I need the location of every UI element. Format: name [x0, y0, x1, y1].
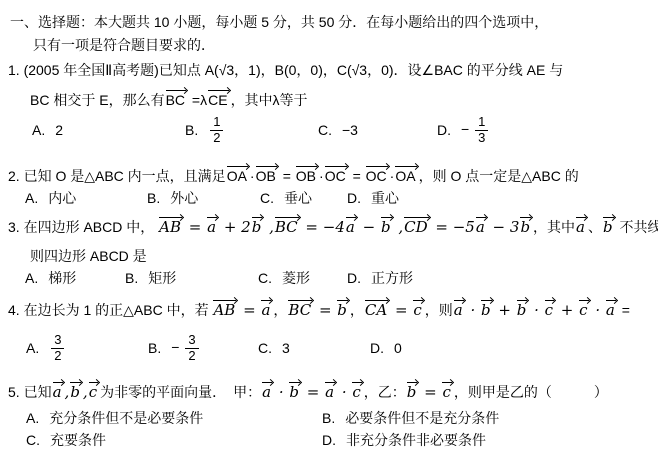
text-run: = −4: [301, 218, 345, 236]
vector-a: a: [260, 299, 273, 318]
option-label: D.: [370, 340, 384, 356]
vector-c: c: [544, 299, 556, 318]
text-run: ，则: [425, 302, 453, 318]
vector-a: a: [453, 299, 466, 318]
fraction-numerator: 1: [210, 115, 223, 131]
option-label: B.: [147, 190, 160, 206]
vector-OC: OC: [365, 165, 390, 183]
question-5-options-row-2: C.充要条件 D.非充分条件非必要条件: [0, 430, 658, 449]
text-run: ，: [350, 302, 364, 318]
text-run: =: [279, 168, 295, 184]
vector-b: b: [69, 381, 83, 400]
text-run: =: [302, 383, 324, 401]
text-run: =: [238, 301, 260, 319]
vector-CA: CA: [364, 299, 390, 318]
text-run: =: [618, 302, 630, 318]
question-2-options-row: A.内心 B.外心 C.垂心 D.重心: [0, 188, 658, 208]
vector-b: b: [251, 216, 265, 235]
question-2-option-c: C.垂心: [260, 188, 312, 208]
question-3-option-d: D.正方形: [347, 268, 413, 288]
text-run: 不共线，: [616, 219, 658, 235]
option-label: A.: [25, 190, 38, 206]
vector-a: a: [345, 216, 358, 235]
option-label: B.: [125, 270, 138, 286]
fraction-numerator: 1: [475, 115, 488, 131]
text-run: =: [390, 301, 412, 319]
vector-OA: OA: [226, 165, 250, 183]
question-4-options-row: A.32 B.− 32 C.3 D.0: [0, 330, 658, 370]
vector-c: c: [412, 299, 424, 318]
vector-a: a: [261, 381, 274, 400]
question-2-option-d: D.重心: [347, 188, 399, 208]
text-run: ，其中λ等于: [231, 92, 308, 108]
vector-BC: BC: [287, 299, 314, 318]
text-run: 正方形: [371, 270, 413, 286]
text-run: 则四边形 ABCD 是: [30, 248, 147, 264]
question-5-option-b: B.必要条件但不是充分条件: [322, 408, 499, 428]
vector-a: a: [575, 216, 588, 235]
vector-OB: OB: [255, 165, 279, 183]
question-4-option-b: B.− 32: [148, 330, 201, 366]
option-content: 内心: [48, 188, 76, 208]
fraction-numerator: 3: [185, 333, 198, 349]
text-run: 垂心: [284, 190, 312, 206]
option-content: 矩形: [148, 268, 176, 288]
vector-b: b: [380, 216, 394, 235]
text-run: BC 相交于 E，那么有: [30, 92, 165, 108]
text-run: ·: [529, 301, 543, 319]
option-content: 3: [282, 340, 290, 356]
option-content: 充要条件: [50, 430, 106, 449]
option-content: 0: [394, 340, 402, 356]
vector-b: b: [336, 299, 350, 318]
option-label: C.: [258, 340, 272, 356]
fraction-denominator: 3: [475, 131, 488, 146]
text-run: 必要条件但不是充分条件: [345, 410, 499, 426]
question-5-stem-line-1: 5. 已知a,b,c为非零的平面向量． 甲：a · b = a · c，乙：b …: [8, 381, 608, 402]
option-content: 12: [208, 115, 225, 146]
text-run: ·: [591, 301, 605, 319]
option-content: − 32: [171, 333, 200, 364]
text-run: 梯形: [48, 270, 76, 286]
text-run: 、: [588, 219, 602, 235]
option-label: A.: [26, 410, 39, 426]
question-2-option-a: A.内心: [25, 188, 76, 208]
option-label: A.: [26, 340, 39, 356]
question-3-option-c: C.菱形: [258, 268, 310, 288]
question-2-option-b: B.外心: [147, 188, 198, 208]
fraction: 13: [475, 115, 488, 146]
text-run: =: [349, 168, 365, 184]
text-run: ，: [273, 302, 287, 318]
text-run: 外心: [170, 190, 198, 206]
question-1-stem-line-2: BC 相交于 E，那么有BC =λCE，其中λ等于: [30, 89, 308, 110]
option-label: B.: [148, 340, 161, 356]
option-content: 非充分条件非必要条件: [346, 430, 486, 449]
option-label: B.: [185, 122, 198, 138]
question-1-option-b: B.12: [185, 112, 225, 148]
fraction: 32: [185, 333, 198, 364]
vector-AB: AB: [158, 216, 184, 235]
text-run: 内心: [48, 190, 76, 206]
vector-c: c: [88, 381, 100, 400]
fraction-denominator: 2: [185, 349, 198, 364]
option-label: B.: [322, 410, 335, 426]
text-run: 4. 在边长为 1 的正△ABC 中，若: [8, 302, 212, 318]
question-5-option-a: A.充分条件但不是必要条件: [26, 408, 203, 428]
question-4-option-c: C.3: [258, 330, 290, 366]
text-run: =λ: [188, 92, 207, 108]
vector-CD: CD: [403, 216, 431, 235]
question-3-option-a: A.梯形: [25, 268, 76, 288]
text-run: ·: [274, 383, 288, 401]
vector-OC: OC: [324, 165, 349, 183]
question-3-stem-line-1: 3. 在四边形 ABCD 中， AB = a + 2b ,BC = −4a − …: [8, 216, 658, 237]
text-run: =: [419, 383, 441, 401]
text-run: 5. 已知: [8, 384, 52, 400]
vector-b: b: [516, 299, 530, 318]
text-run: −: [171, 339, 183, 355]
option-content: 必要条件但不是充分条件: [345, 408, 499, 428]
option-content: 2: [55, 122, 63, 138]
fraction-numerator: 3: [51, 333, 64, 349]
text-run: = −5: [431, 218, 475, 236]
vector-a: a: [324, 381, 337, 400]
vector-b: b: [480, 299, 494, 318]
option-label: C.: [258, 270, 272, 286]
text-run: 3. 在四边形 ABCD 中，: [8, 219, 158, 235]
option-content: − 13: [461, 115, 490, 146]
vector-a: a: [206, 216, 219, 235]
text-run: 为非零的平面向量． 甲：: [100, 384, 261, 400]
fraction-denominator: 2: [210, 131, 223, 146]
vector-b: b: [288, 381, 302, 400]
question-5-option-d: D.非充分条件非必要条件: [322, 430, 486, 449]
text-run: + 2: [219, 218, 251, 236]
option-label: D.: [347, 190, 361, 206]
vector-CE: CE: [207, 89, 230, 107]
text-run: 3: [282, 340, 290, 356]
text-run: 2. 已知 O 是△ABC 内一点，且满足: [8, 168, 226, 184]
text-run: 1. (2005 年全国Ⅱ高考题)已知点 A(√3，1)，B(0，0)，C(√3…: [8, 62, 563, 78]
text-run: ，其中: [533, 219, 575, 235]
vector-c: c: [441, 381, 453, 400]
text-run: +: [556, 301, 578, 319]
vector-b: b: [406, 381, 420, 400]
text-run: ，则 O 点一定是△ABC 的: [419, 168, 579, 184]
option-label: C.: [26, 432, 40, 448]
question-3-option-b: B.矩形: [125, 268, 176, 288]
text-run: +: [494, 301, 516, 319]
option-label: A.: [32, 122, 45, 138]
text-run: 非充分条件非必要条件: [346, 432, 486, 448]
vector-b: b: [519, 216, 533, 235]
option-content: −3: [342, 122, 358, 138]
option-label: D.: [437, 122, 451, 138]
vector-BC: BC: [274, 216, 301, 235]
text-run: ,: [394, 218, 404, 236]
text-run: − 3: [488, 218, 520, 236]
text-run: 0: [394, 340, 402, 356]
option-content: 正方形: [371, 268, 413, 288]
text-run: =: [314, 301, 336, 319]
question-5-option-c: C.充要条件: [26, 430, 106, 449]
vector-a: a: [52, 381, 65, 400]
text-run: 重心: [371, 190, 399, 206]
vector-c: c: [578, 299, 590, 318]
text-run: ·: [466, 301, 480, 319]
question-3-stem-line-2: 则四边形 ABCD 是: [30, 246, 147, 266]
vector-OA: OA: [394, 165, 418, 183]
question-1-option-c: C.−3: [318, 112, 358, 148]
vector-b: b: [602, 216, 616, 235]
exam-document-page: 一、选择题：本大题共 10 小题，每小题 5 分，共 50 分．在每小题给出的四…: [0, 0, 658, 449]
text-run: 充要条件: [50, 432, 106, 448]
fraction: 12: [210, 115, 223, 146]
text-run: ,: [264, 218, 274, 236]
text-run: 菱形: [282, 270, 310, 286]
text-run: 2: [55, 122, 63, 138]
option-content: 充分条件但不是必要条件: [49, 408, 203, 428]
option-content: 菱形: [282, 268, 310, 288]
vector-OB: OB: [295, 165, 319, 183]
question-5-options-row-1: A.充分条件但不是必要条件 B.必要条件但不是充分条件: [0, 408, 658, 428]
text-run: 充分条件但不是必要条件: [49, 410, 203, 426]
vector-a: a: [475, 216, 488, 235]
text-run: −: [358, 218, 380, 236]
vector-c: c: [351, 381, 363, 400]
text-run: =: [184, 218, 206, 236]
option-content: 梯形: [48, 268, 76, 288]
vector-a: a: [605, 299, 618, 318]
section-header-line-2: 只有一项是符合题目要求的．: [33, 35, 215, 55]
option-label: D.: [322, 432, 336, 448]
option-content: 32: [49, 333, 66, 364]
option-label: D.: [347, 270, 361, 286]
fraction-denominator: 2: [51, 349, 64, 364]
question-4-option-a: A.32: [26, 330, 66, 366]
text-run: ，则甲是乙的（ ）: [454, 384, 608, 400]
option-content: 外心: [170, 188, 198, 208]
option-content: 重心: [371, 188, 399, 208]
question-4-option-d: D.0: [370, 330, 402, 366]
question-4-stem-line-1: 4. 在边长为 1 的正△ABC 中，若 AB = a，BC = b，CA = …: [8, 299, 630, 320]
question-1-option-a: A.2: [32, 112, 63, 148]
question-2-stem-line-1: 2. 已知 O 是△ABC 内一点，且满足OA·OB = OB·OC = OC·…: [8, 165, 579, 186]
text-run: 矩形: [148, 270, 176, 286]
text-run: −: [461, 121, 473, 137]
question-1-options-row: A.2 B.12 C.−3 D.− 13: [0, 112, 658, 152]
option-content: 垂心: [284, 188, 312, 208]
option-label: C.: [260, 190, 274, 206]
vector-AB: AB: [212, 299, 238, 318]
option-label: A.: [25, 270, 38, 286]
question-1-stem-line-1: 1. (2005 年全国Ⅱ高考题)已知点 A(√3，1)，B(0，0)，C(√3…: [8, 60, 563, 80]
text-run: −3: [342, 122, 358, 138]
text-run: ，乙：: [364, 384, 406, 400]
option-label: C.: [318, 122, 332, 138]
question-1-option-d: D.− 13: [437, 112, 490, 148]
question-3-options-row: A.梯形 B.矩形 C.菱形 D.正方形: [0, 268, 658, 288]
text-run: ·: [337, 383, 351, 401]
vector-BC: BC: [165, 89, 188, 107]
fraction: 32: [51, 333, 64, 364]
section-header-line-1: 一、选择题：本大题共 10 小题，每小题 5 分，共 50 分．在每小题给出的四…: [10, 12, 548, 32]
